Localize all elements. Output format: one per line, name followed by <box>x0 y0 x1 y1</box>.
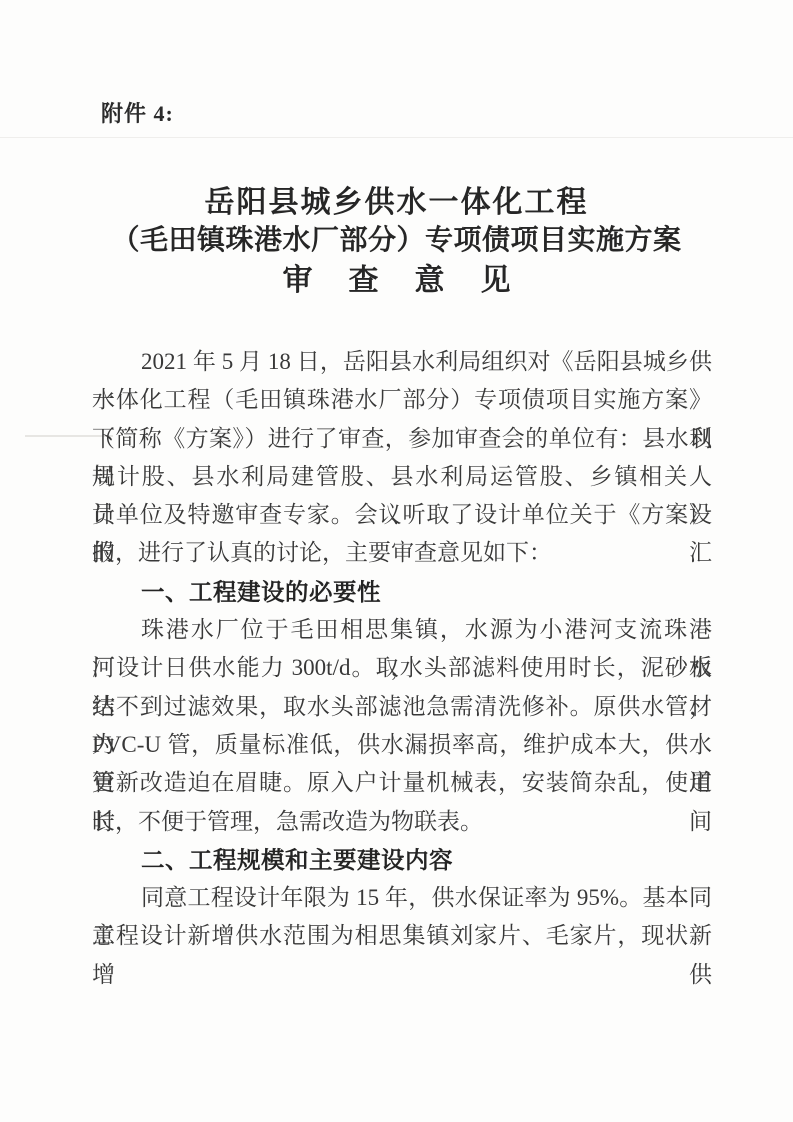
body-line: 规计股、县水利局建管股、县水利局运管股、乡镇相关人员、设 <box>92 458 712 496</box>
section-heading-2: 二、工程规模和主要建设内容 <box>92 841 712 879</box>
body-line: 一体化工程（毛田镇珠港水厂部分）专项债项目实施方案》（以 <box>92 381 712 419</box>
document-title-line1: 岳阳县城乡供水一体化工程 <box>0 184 793 222</box>
body-line: 更新改造迫在眉睫。原入户计量机械表，安装简杂乱，使用时间 <box>92 764 712 802</box>
body-line: 计单位及特邀审查专家。会议听取了设计单位关于《方案》的汇 <box>92 496 712 534</box>
scan-artifact-line <box>0 137 793 138</box>
document-body: 2021 年 5 月 18 日，岳阳县水利局组织对《岳阳县城乡供水 一体化工程（… <box>92 343 712 956</box>
body-line: 同意工程设计年限为 15 年，供水保证率为 95%。基本同意 <box>92 879 712 917</box>
document-title: 岳阳县城乡供水一体化工程 （毛田镇珠港水厂部分）专项债项目实施方案 审查意见 <box>0 184 793 301</box>
body-line: 下简称《方案》）进行了审查，参加审查会的单位有：县水利局 <box>92 420 712 458</box>
section-heading-1: 一、工程建设的必要性 <box>92 573 712 611</box>
document-title-line3: 审查意见 <box>0 261 793 301</box>
document-title-line2: （毛田镇珠港水厂部分）专项债项目实施方案 <box>0 222 793 260</box>
attachment-label: 附件 4: <box>101 100 174 128</box>
body-line: 珠港水厂位于毛田相思集镇，水源为小港河支流珠港河，水 <box>92 611 712 649</box>
body-line: PVC-U 管，质量标准低，供水漏损率高，维护成本大，供水管道 <box>92 726 712 764</box>
body-line: 工程设计新增供水范围为相思集镇刘家片、毛家片，现状新增供 <box>92 917 712 955</box>
body-line: 达不到过滤效果，取水头部滤池急需清洗修补。原供水管材为 <box>92 688 712 726</box>
scanned-document-page: 附件 4: 岳阳县城乡供水一体化工程 （毛田镇珠港水厂部分）专项债项目实施方案 … <box>0 0 793 1122</box>
body-line: 厂设计日供水能力 300t/d。取水头部滤料使用时长，泥砂板结， <box>92 649 712 687</box>
body-line: 2021 年 5 月 18 日，岳阳县水利局组织对《岳阳县城乡供水 <box>92 343 712 381</box>
